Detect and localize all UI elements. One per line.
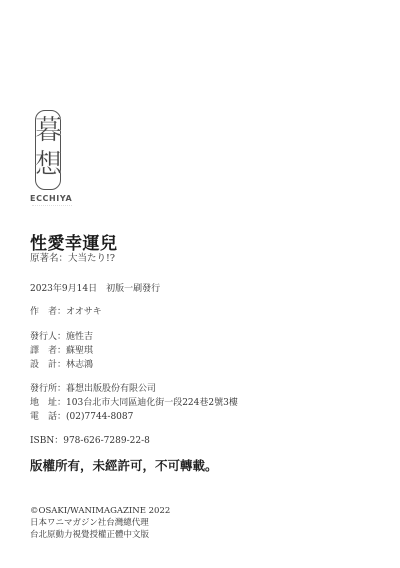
designer-line: 設 計：林志鴻 bbox=[30, 359, 93, 371]
separator: ： bbox=[59, 253, 69, 264]
phone-value: (02)7744-8087 bbox=[66, 412, 133, 422]
phone-label: 電 話 bbox=[30, 412, 57, 422]
publisher-person-label: 發行人 bbox=[30, 332, 57, 342]
separator: ： bbox=[57, 384, 66, 394]
original-title: 原著名：大当たり!? bbox=[30, 250, 115, 264]
copyright-line-3: 台北原動力視覺授權正體中文版 bbox=[30, 529, 149, 541]
logo-wordmark: ECCHIYA bbox=[30, 194, 72, 203]
author-value: オオサキ bbox=[66, 307, 102, 317]
phone-line: 電 話：(02)7744-8087 bbox=[30, 411, 133, 423]
company-value: 暮想出版股份有限公司 bbox=[66, 384, 156, 394]
separator: ： bbox=[57, 360, 66, 370]
separator: ： bbox=[57, 346, 66, 356]
separator: ： bbox=[54, 436, 63, 446]
address-label: 地 址 bbox=[30, 398, 57, 408]
publisher-logo: 暮 想 ECCHIYA bbox=[30, 110, 70, 206]
publisher-person-value: 施性吉 bbox=[66, 332, 93, 342]
logo-char-top: 暮 bbox=[35, 116, 61, 146]
separator: ： bbox=[57, 398, 66, 408]
author-line: 作 者：オオサキ bbox=[30, 306, 102, 318]
designer-value: 林志鴻 bbox=[66, 360, 93, 370]
copyright-line-1: ©OSAKI/WANIMAGAZINE 2022 bbox=[30, 505, 170, 517]
address-value: 103台北市大同區迪化街一段224巷2號3樓 bbox=[66, 398, 238, 408]
rights-notice: 版權所有，未經許可，不可轉載。 bbox=[30, 456, 218, 474]
original-title-label: 原著名 bbox=[30, 253, 59, 264]
designer-label: 設 計 bbox=[30, 360, 57, 370]
translator-value: 蘇聖琪 bbox=[66, 346, 93, 356]
logo-char-bottom: 想 bbox=[35, 150, 61, 180]
publisher-person-line: 發行人：施性吉 bbox=[30, 331, 93, 343]
separator: ： bbox=[57, 307, 66, 317]
colophon-page: 暮 想 ECCHIYA 性愛幸運兒 原著名：大当たり!? 2023年9月14日 … bbox=[0, 0, 400, 568]
separator: ： bbox=[57, 412, 66, 422]
isbn-line: ISBN：978-626-7289-22-8 bbox=[30, 435, 150, 447]
copyright-line-2: 日本ワニマガジン社台灣總代理 bbox=[30, 517, 149, 529]
translator-line: 譯 者：蘇聖琪 bbox=[30, 345, 93, 357]
address-line: 地 址：103台北市大同區迪化街一段224巷2號3樓 bbox=[30, 397, 238, 409]
isbn-label: ISBN bbox=[30, 436, 54, 446]
isbn-value: 978-626-7289-22-8 bbox=[63, 436, 150, 446]
logo-underline bbox=[32, 205, 72, 208]
company-label: 發行所 bbox=[30, 384, 57, 394]
original-title-value: 大当たり!? bbox=[68, 253, 115, 264]
company-line: 發行所：暮想出版股份有限公司 bbox=[30, 383, 156, 395]
edition-line: 2023年9月14日 初版一刷發行 bbox=[30, 283, 160, 295]
translator-label: 譯 者 bbox=[30, 346, 57, 356]
author-label: 作 者 bbox=[30, 307, 57, 317]
separator: ： bbox=[57, 332, 66, 342]
